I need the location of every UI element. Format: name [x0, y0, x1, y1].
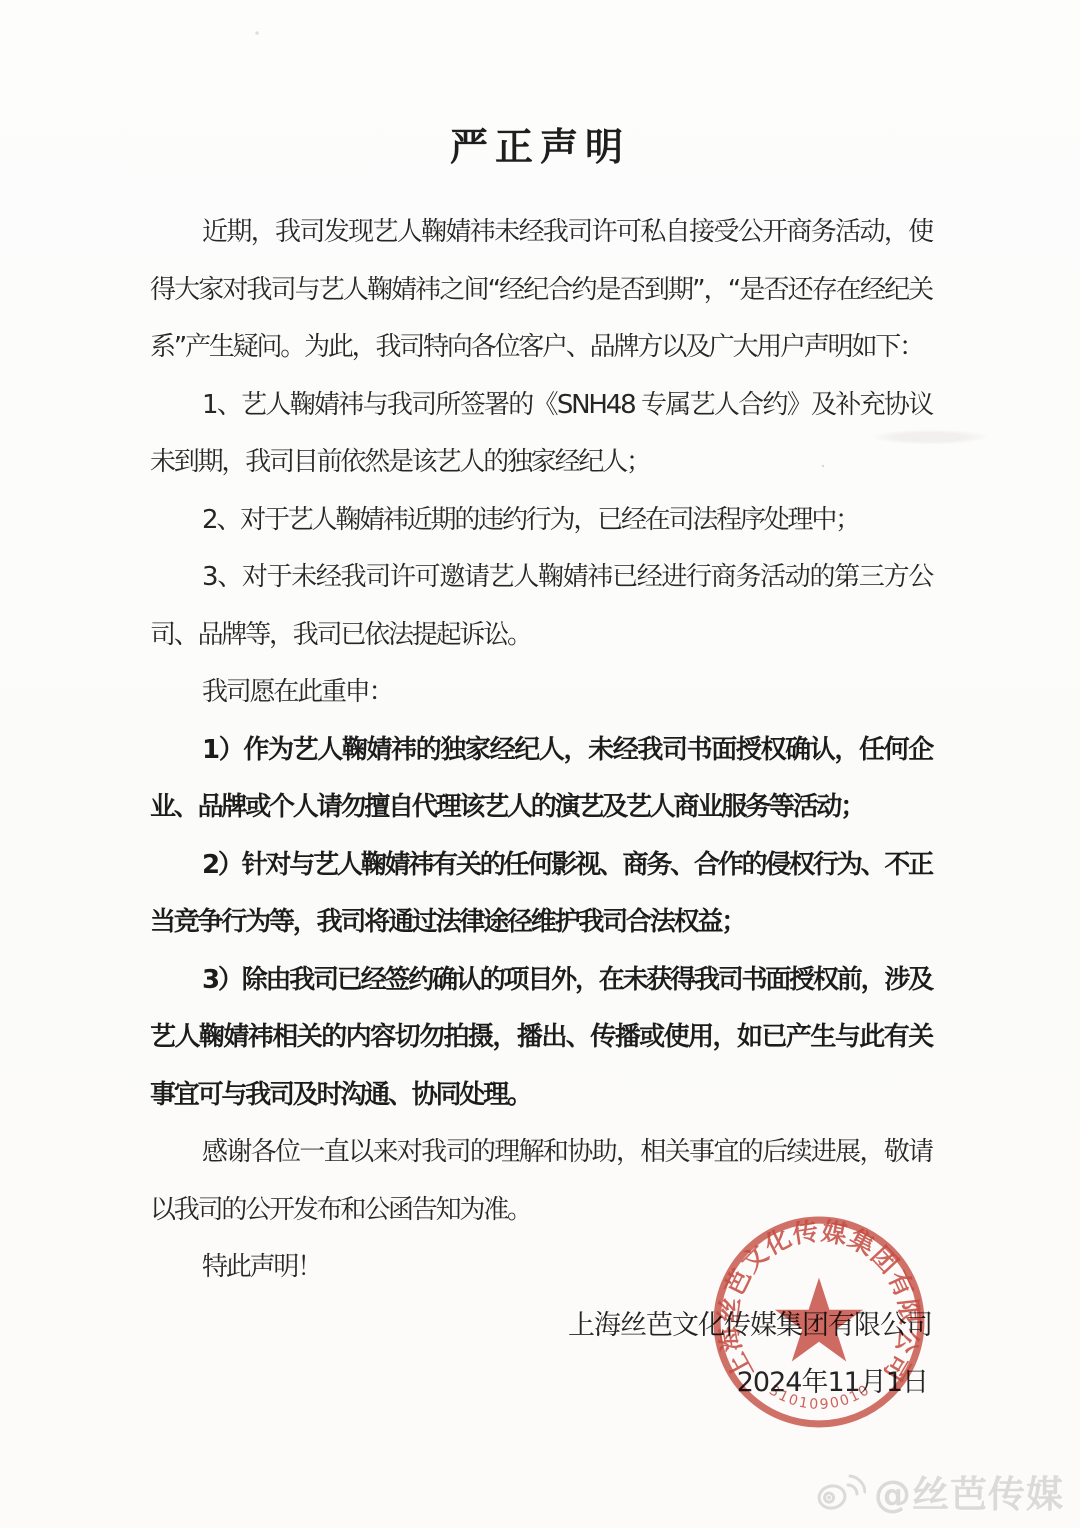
watermark: @丝芭传媒: [814, 1464, 1064, 1518]
signature-company-name: 上海丝芭文化传媒集团有限公司: [150, 1297, 932, 1355]
document-title: 严正声明: [0, 124, 1080, 170]
paragraph-restate-1: 1）作为艺人鞠婧祎的独家经纪人，未经我司书面授权确认，任何企业、品牌或个人请勿擅…: [150, 722, 932, 837]
document-body: 近期，我司发现艺人鞠婧祎未经我司许可私自接受公开商务活动，使得大家对我司与艺人鞠…: [150, 204, 932, 1412]
watermark-text: @丝芭传媒: [874, 1464, 1064, 1518]
paragraph-restate-lead: 我司愿在此重申：: [150, 664, 932, 722]
document-page: 严正声明 近期，我司发现艺人鞠婧祎未经我司许可私自接受公开商务活动，使得大家对我…: [0, 0, 1080, 1528]
weibo-icon: [814, 1469, 866, 1513]
paragraph-restate-3: 3）除由我司已经签约确认的项目外，在未获得我司书面授权前，涉及艺人鞠婧祎相关的内…: [150, 952, 932, 1125]
paragraph-item-2: 2、对于艺人鞠婧祎近期的违约行为，已经在司法程序处理中；: [150, 492, 932, 550]
paragraph-item-1: 1、艺人鞠婧祎与我司所签署的《SNH48 专属艺人合约》及补充协议未到期，我司目…: [150, 377, 932, 492]
signature-date: 2024年11月1日: [150, 1354, 932, 1412]
paragraph-thanks: 感谢各位一直以来对我司的理解和协助，相关事宜的后续进展，敬请以我司的公开发布和公…: [150, 1124, 932, 1239]
paragraph-item-3: 3、对于未经我司许可邀请艺人鞠婧祎已经进行商务活动的第三方公司、品牌等，我司已依…: [150, 549, 932, 664]
paragraph-restate-2: 2）针对与艺人鞠婧祎有关的任何影视、商务、合作的侵权行为、不正当竞争行为等，我司…: [150, 837, 932, 952]
paragraph-intro: 近期，我司发现艺人鞠婧祎未经我司许可私自接受公开商务活动，使得大家对我司与艺人鞠…: [150, 204, 932, 377]
paragraph-closing: 特此声明！: [150, 1239, 932, 1297]
